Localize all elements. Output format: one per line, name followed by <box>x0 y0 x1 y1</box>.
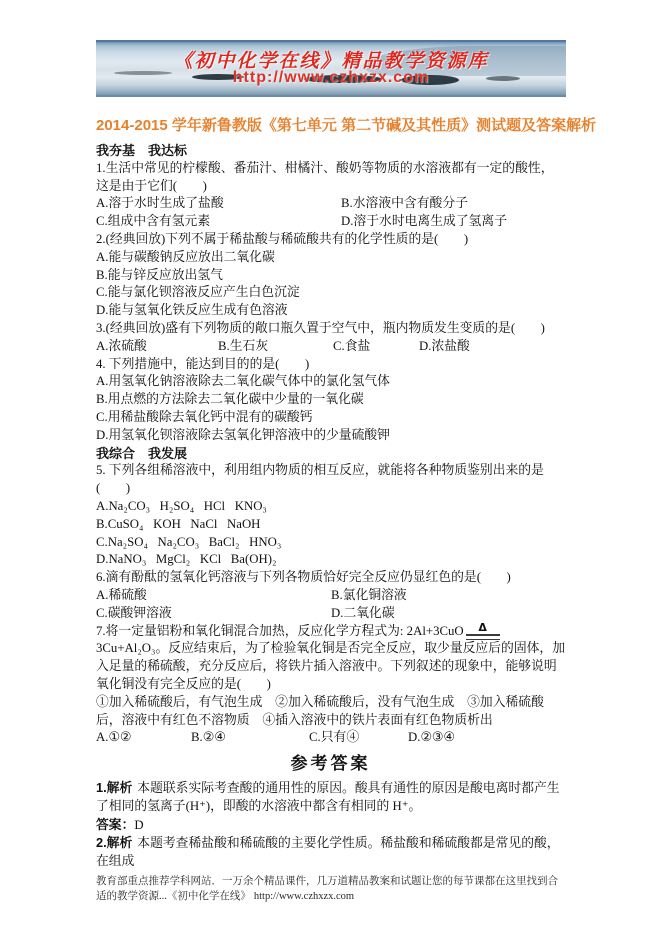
answer-1-result-label: 答案： <box>96 817 134 832</box>
q4-option-d: D.用氢氧化钡溶液除去氢氧化钾溶液中的少量硫酸钾 <box>96 427 565 445</box>
q6-option-a: A.稀硫酸 <box>96 587 331 605</box>
q1-options-row-1: A.溶于水时生成了盐酸 B.水溶液中含有酸分子 <box>96 195 565 213</box>
document-title: 2014-2015 学年新鲁教版《第七单元 第二节碱及其性质》测试题及答案解析 <box>96 109 612 142</box>
q1-option-d: D.溶于水时电离生成了氢离子 <box>341 213 565 231</box>
q7-stem-before-equation: 7.将一定量铝粉和氧化铜混合加热，反应化学方程式为: 2Al+3CuO <box>96 624 464 638</box>
q2-option-b: B.能与锌反应放出氢气 <box>96 267 565 285</box>
answers-heading: 参考答案 <box>96 752 565 776</box>
q3-options-row: A.浓硫酸 B.生石灰 C.食盐 D.浓盐酸 <box>96 338 565 356</box>
q4-stem: 4. 下列措施中，能达到目的的是( ) <box>96 356 565 374</box>
document-page: 《初中化学在线》精品教学资源库 http://www.czhxzx.com 20… <box>0 0 661 904</box>
page-footer: 教育部重点推荐学科网站．一万余个精品课件，几万道精品教案和试题让您的每节课都在这… <box>96 874 565 904</box>
q6-options-row-1: A.稀硫酸 B.氯化铜溶液 <box>96 587 565 605</box>
answer-1-analysis-text: 本题联系实际考查酸的通用性的原因。酸具有通性的原因是酸电离时都产生了相同的氢离子… <box>96 781 560 813</box>
q2-option-d: D.能与氢氧化铁反应生成有色溶液 <box>96 302 565 320</box>
q7-stem: 7.将一定量铝粉和氧化铜混合加热，反应化学方程式为: 2Al+3CuOΔ 3Cu… <box>96 623 565 694</box>
footer-site-url[interactable]: http://www.czhxzx.com <box>254 891 354 902</box>
q1-option-c: C.组成中含有氢元素 <box>96 213 341 231</box>
q3-option-a: A.浓硫酸 <box>96 338 218 356</box>
q6-option-b: B.氯化铜溶液 <box>331 587 565 605</box>
q7-option-a: A.①② <box>96 729 191 747</box>
q7-options-row: A.①② B.②④ C.只有④ D.②③④ <box>96 729 565 747</box>
q4-option-a: A.用氢氧化钠溶液除去二氧化碳气体中的氯化氢气体 <box>96 373 565 391</box>
q3-option-c: C.食盐 <box>333 338 419 356</box>
q1-option-b: B.水溶液中含有酸分子 <box>341 195 565 213</box>
site-banner: 《初中化学在线》精品教学资源库 http://www.czhxzx.com <box>96 40 566 97</box>
q1-options-row-2: C.组成中含有氢元素 D.溶于水时电离生成了氢离子 <box>96 213 565 231</box>
q6-option-c: C.碳酸钾溶液 <box>96 605 331 623</box>
q6-stem: 6.滴有酚酞的氢氧化钙溶液与下列各物质恰好完全反应仍显红色的是( ) <box>96 569 565 587</box>
answer-1-result: 答案：D <box>96 816 565 835</box>
q7-option-c: C.只有④ <box>309 729 408 747</box>
delta-symbol: Δ <box>478 623 487 633</box>
q3-option-b: B.生石灰 <box>218 338 333 356</box>
q7-numbered-items: ①加入稀硫酸后，有气泡生成 ②加入稀硫酸后，没有气泡生成 ③加入稀硫酸后，溶液中… <box>96 694 565 730</box>
equation-double-line <box>466 634 500 640</box>
banner-site-url[interactable]: http://www.czhxzx.com <box>96 69 566 87</box>
answer-1-result-value: D <box>134 818 143 832</box>
answer-2-analysis-text: 本题考查稀盐酸和稀硫酸的主要化学性质。稀盐酸和稀硫酸都是常见的酸，在组成 <box>96 836 560 868</box>
q5-option-d: D.NaNO₃ MgCl₂ KCl Ba(OH)₂ <box>96 551 565 569</box>
q1-stem: 1.生活中常见的柠檬酸、番茄汁、柑橘汁、酸奶等物质的水溶液都有一定的酸性，这是由… <box>96 160 565 196</box>
q7-option-b: B.②④ <box>191 729 309 747</box>
q5-option-b: B.CuSO₄ KOH NaCl NaOH <box>96 516 565 534</box>
q2-stem: 2.(经典回放)下列不属于稀盐酸与稀硫酸共有的化学性质的是( ) <box>96 231 565 249</box>
section-heading-basics: 我夯基 我达标 <box>96 142 565 160</box>
q2-option-c: C.能与氯化钡溶液反应产生白色沉淀 <box>96 284 565 302</box>
q4-option-b: B.用点燃的方法除去二氧化碳中少量的一氧化碳 <box>96 391 565 409</box>
answer-2-analysis: 2.解析本题考查稀盐酸和稀硫酸的主要化学性质。稀盐酸和稀硫酸都是常见的酸，在组成 <box>96 834 565 871</box>
q5-option-a: A.Na₂CO₃ H₂SO₄ HCl KNO₃ <box>96 498 565 516</box>
q1-option-a: A.溶于水时生成了盐酸 <box>96 195 341 213</box>
answer-1-analysis: 1.解析本题联系实际考查酸的通用性的原因。酸具有通性的原因是酸电离时都产生了相同… <box>96 779 565 816</box>
q4-option-c: C.用稀盐酸除去氧化钙中混有的碳酸钙 <box>96 409 565 427</box>
answer-1-analysis-label: 1.解析 <box>96 780 132 795</box>
q3-stem: 3.(经典回放)盛有下列物质的敞口瓶久置于空气中，瓶内物质发生变质的是( ) <box>96 320 565 338</box>
q2-option-a: A.能与碳酸钠反应放出二氧化碳 <box>96 249 565 267</box>
q5-option-c: C.Na₂SO₄ Na₂CO₃ BaCl₂ HNO₃ <box>96 534 565 552</box>
q7-option-d: D.②③④ <box>408 729 565 747</box>
q6-options-row-2: C.碳酸钾溶液 D.二氧化碳 <box>96 605 565 623</box>
section-heading-advanced: 我综合 我发展 <box>96 445 565 463</box>
q5-stem: 5. 下列各组稀溶液中，利用组内物质的相互反应，就能将各种物质鉴别出来的是( ) <box>96 462 565 498</box>
reaction-condition-delta: Δ <box>466 623 500 640</box>
answer-2-analysis-label: 2.解析 <box>96 835 132 850</box>
q6-option-d: D.二氧化碳 <box>331 605 565 623</box>
q3-option-d: D.浓盐酸 <box>419 338 565 356</box>
q7-stem-after-equation: 3Cu+Al₂O₃。反应结束后，为了检验氧化铜是否完全反应，取少量反应后的固体，… <box>96 641 565 691</box>
